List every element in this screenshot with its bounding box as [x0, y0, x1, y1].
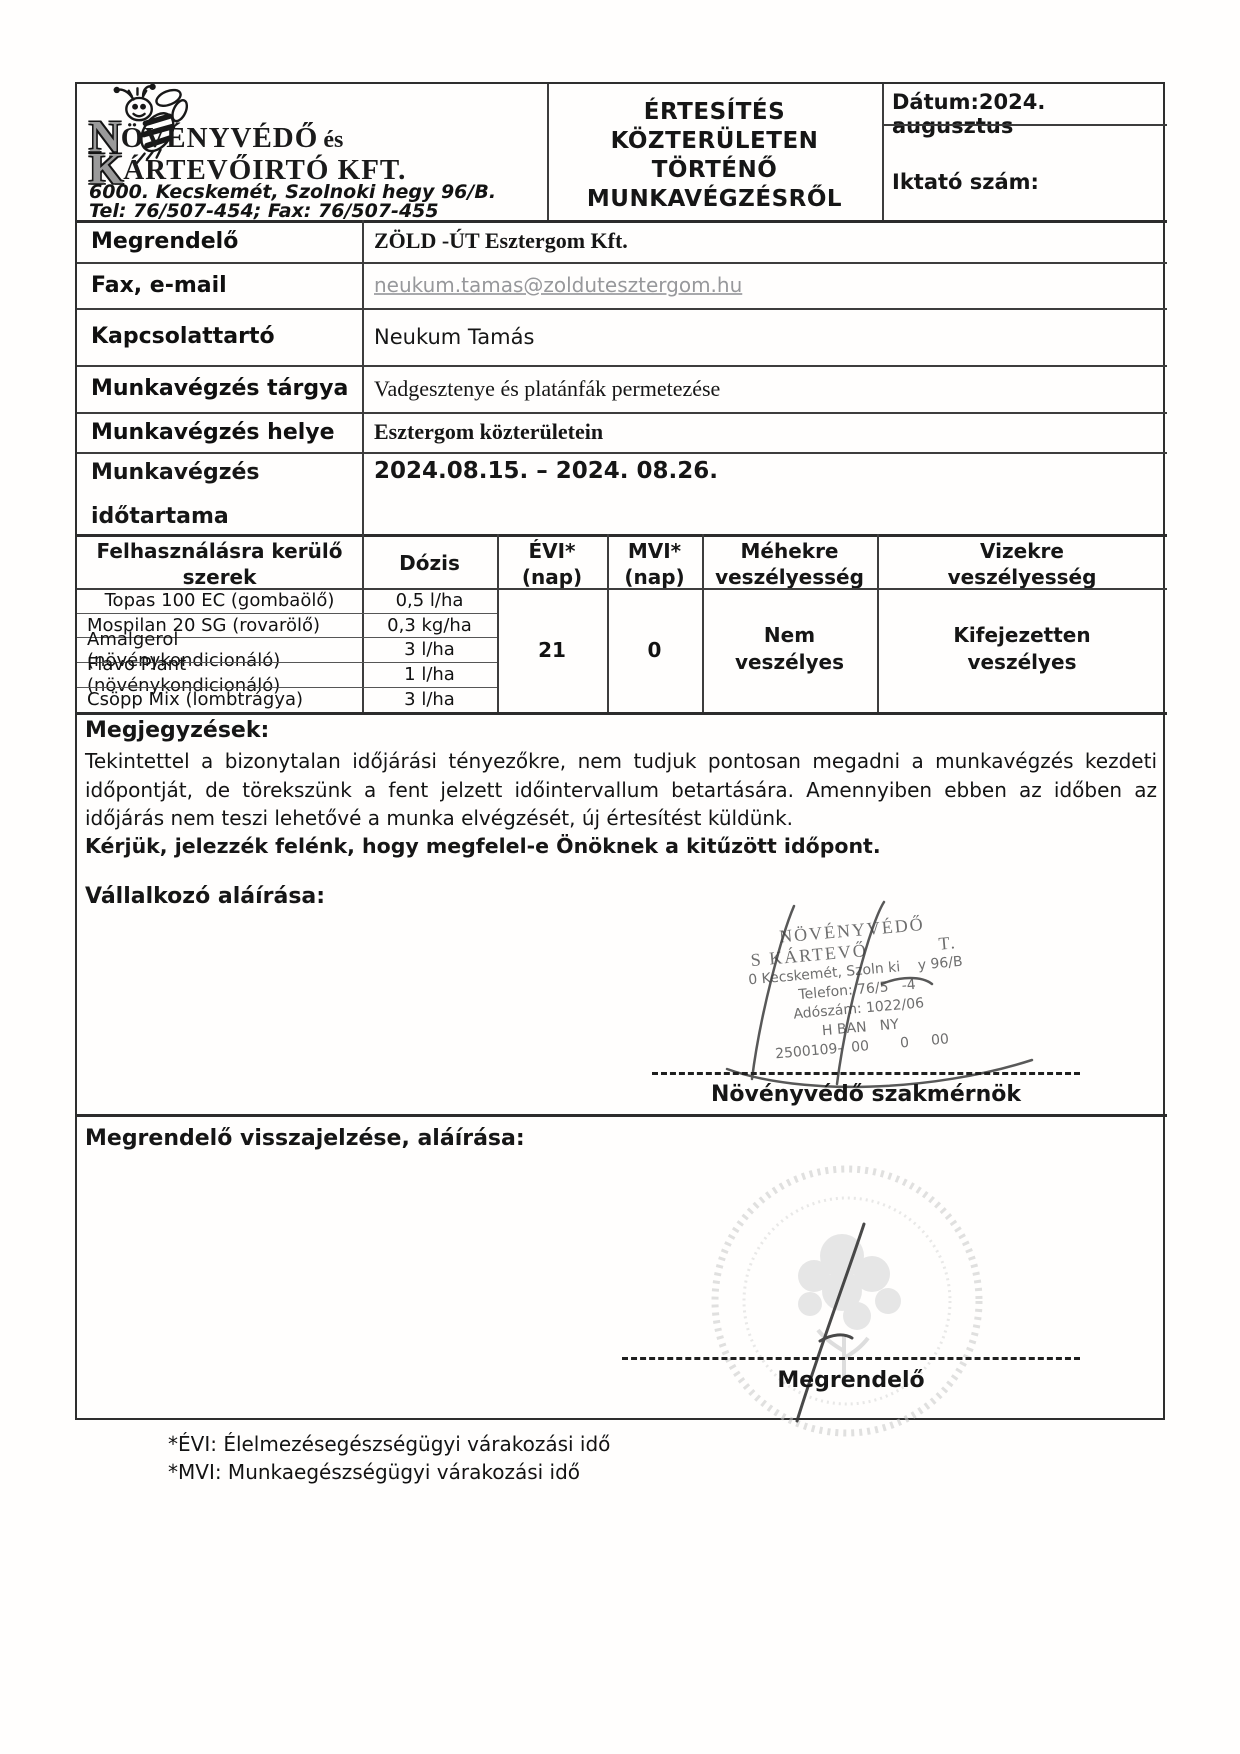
- scanned-document-page: NÖVÉNYVÉDŐ és KÁRTEVŐIRTÓ KFT. 6000. Kec…: [0, 0, 1240, 1754]
- document-title: ÉRTESÍTÉS KÖZTERÜLETEN TÖRTÉNŐ MUNKAVÉGZ…: [547, 98, 882, 214]
- col-header-water-line2: veszélyesség: [877, 564, 1167, 590]
- footnote-evi: *ÉVI: Élelmezésegészségügyi várakozási i…: [168, 1430, 610, 1458]
- water-hazard-line2: veszélyes: [877, 649, 1167, 676]
- form-label: Megrendelő: [91, 220, 238, 262]
- col-header-products: Felhasználásra kerülő szerek: [77, 538, 362, 590]
- customer-signature-label: Megrendelő visszajelzése, aláírása:: [85, 1126, 525, 1151]
- title-line-2: KÖZTERÜLETEN: [547, 127, 882, 156]
- col-header-mvi: MVI* (nap): [607, 538, 702, 590]
- notes-heading: Megjegyzések:: [85, 718, 269, 743]
- chemical-dose: 1 l/ha: [362, 662, 497, 687]
- notes-request: Kérjük, jelezzék felénk, hogy megfelel-e…: [85, 834, 881, 858]
- col-header-bees-line1: Méhekre: [702, 538, 877, 564]
- contractor-role-label: Növényvédő szakmérnök: [652, 1082, 1080, 1107]
- form-value: Esztergom közterületein: [374, 412, 1159, 452]
- mvi-days-value: 0: [607, 588, 702, 712]
- col-header-bees: Méhekre veszélyesség: [702, 538, 877, 590]
- notes-paragraph: Tekintettel a bizonytalan időjárási tény…: [85, 747, 1157, 833]
- customer-signature-line: [622, 1357, 1080, 1360]
- col-header-products-line1: Felhasználásra kerülő: [77, 538, 362, 564]
- contractor-signature-stroke: [632, 864, 1092, 1094]
- company-name-line1: NÖVÉNYVÉDŐ és: [89, 120, 343, 155]
- col-header-evi-line1: ÉVI*: [497, 538, 607, 564]
- form-label: Munkavégzés helye: [91, 412, 335, 452]
- company-name-suffix: és: [323, 127, 343, 153]
- evi-days-value: 21: [497, 588, 607, 712]
- form-label: Fax, e-mail: [91, 262, 227, 308]
- form-row-fax-email: Fax, e-mail neukum.tamas@zoldutesztergom…: [77, 262, 1167, 308]
- form-row-helye: Munkavégzés helye Esztergom közterületei…: [77, 412, 1167, 452]
- chemical-name: Topas 100 EC (gombaölő): [77, 588, 362, 613]
- document-table: NÖVÉNYVÉDŐ és KÁRTEVŐIRTÓ KFT. 6000. Kec…: [75, 82, 1165, 1420]
- col-header-water-line1: Vizekre: [877, 538, 1167, 564]
- bees-hazard-value: Nem veszélyes: [702, 622, 877, 676]
- company-logo-cell: NÖVÉNYVÉDŐ és KÁRTEVŐIRTÓ KFT. 6000. Kec…: [77, 84, 547, 220]
- contractor-signature-line: [652, 1072, 1080, 1075]
- col-header-evi-line2: (nap): [497, 564, 607, 590]
- form-row-targya: Munkavégzés tárgya Vadgesztenye és platá…: [77, 365, 1167, 412]
- chemical-dose: 0,5 l/ha: [362, 588, 497, 613]
- title-line-4: MUNKAVÉGZÉSRŐL: [547, 185, 882, 214]
- bees-hazard-line1: Nem: [702, 622, 877, 649]
- col-header-evi: ÉVI* (nap): [497, 538, 607, 590]
- divider: [77, 534, 1167, 537]
- company-phone-fax: Tel: 76/507-454; Fax: 76/507-455: [89, 200, 439, 222]
- customer-role-label: Megrendelő: [622, 1368, 1080, 1393]
- title-line-3: TÖRTÉNŐ: [547, 156, 882, 185]
- col-header-bees-line2: veszélyesség: [702, 564, 877, 590]
- work-period-value: 2024.08.15. – 2024. 08.26.: [374, 458, 718, 484]
- customer-round-stamp: [692, 1146, 1002, 1456]
- form-label: Munkavégzés tárgya: [91, 365, 348, 412]
- form-row-megrendelo: Megrendelő ZÖLD -ÚT Esztergom Kft.: [77, 220, 1167, 262]
- form-label-line2: időtartama: [91, 504, 229, 529]
- water-hazard-line1: Kifejezetten: [877, 622, 1167, 649]
- col-header-dose: Dózis: [362, 550, 497, 576]
- email-value: neukum.tamas@zoldutesztergom.hu: [374, 262, 1159, 308]
- form-label: Kapcsolattartó: [91, 308, 275, 365]
- form-row-kapcsolattarto: Kapcsolattartó Neukum Tamás: [77, 308, 1167, 365]
- contractor-signature-label: Vállalkozó aláírása:: [85, 884, 325, 909]
- form-value: Neukum Tamás: [374, 308, 1159, 365]
- title-line-1: ÉRTESÍTÉS: [547, 98, 882, 127]
- chemical-dose: 3 l/ha: [362, 637, 497, 662]
- chemical-dose: 3 l/ha: [362, 687, 497, 712]
- form-value: Vadgesztenye és platánfák permetezése: [374, 365, 1159, 412]
- divider: [882, 124, 1167, 126]
- chemical-name: Flavo Plant (növénykondicionáló): [77, 662, 372, 687]
- company-name-text1: ÖVÉNYVÉDŐ: [121, 122, 319, 154]
- form-row-idotartama: Munkavégzés időtartama 2024.08.15. – 202…: [77, 452, 1167, 534]
- divider: [882, 84, 884, 220]
- col-header-mvi-line2: (nap): [607, 564, 702, 590]
- col-header-products-line2: szerek: [77, 564, 362, 590]
- chemical-dose: 0,3 kg/ha: [362, 613, 497, 637]
- water-hazard-value: Kifejezetten veszélyes: [877, 622, 1167, 676]
- case-number-label: Iktató szám:: [892, 170, 1039, 194]
- form-value: ZÖLD -ÚT Esztergom Kft.: [374, 220, 1159, 262]
- footnote-mvi: *MVI: Munkaegészségügyi várakozási idő: [168, 1458, 580, 1486]
- col-header-mvi-line1: MVI*: [607, 538, 702, 564]
- form-label-line1: Munkavégzés: [91, 460, 260, 485]
- bees-hazard-line2: veszélyes: [702, 649, 877, 676]
- col-header-water: Vizekre veszélyesség: [877, 538, 1167, 590]
- date-label: Dátum:2024. augusztus: [892, 90, 1163, 138]
- chemical-name: Csöpp Mix (lombtrágya): [77, 687, 372, 712]
- divider: [77, 1114, 1167, 1117]
- divider: [77, 712, 1167, 715]
